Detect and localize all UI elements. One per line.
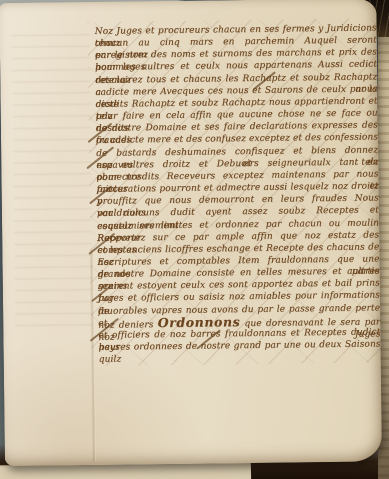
fold-crease [89,250,96,462]
manuscript-photo: Noz Juges et procureurs chacun en ses fe… [0,0,389,479]
manuscript-text: Noz Juges et procureurs chacun en ses fe… [95,22,381,354]
verso-show-through [12,34,94,330]
manuscript-line: heures ordonnees de nostre grand par une… [98,338,380,354]
manuscript-page: Noz Juges et procureurs chacun en ses fe… [0,0,382,466]
